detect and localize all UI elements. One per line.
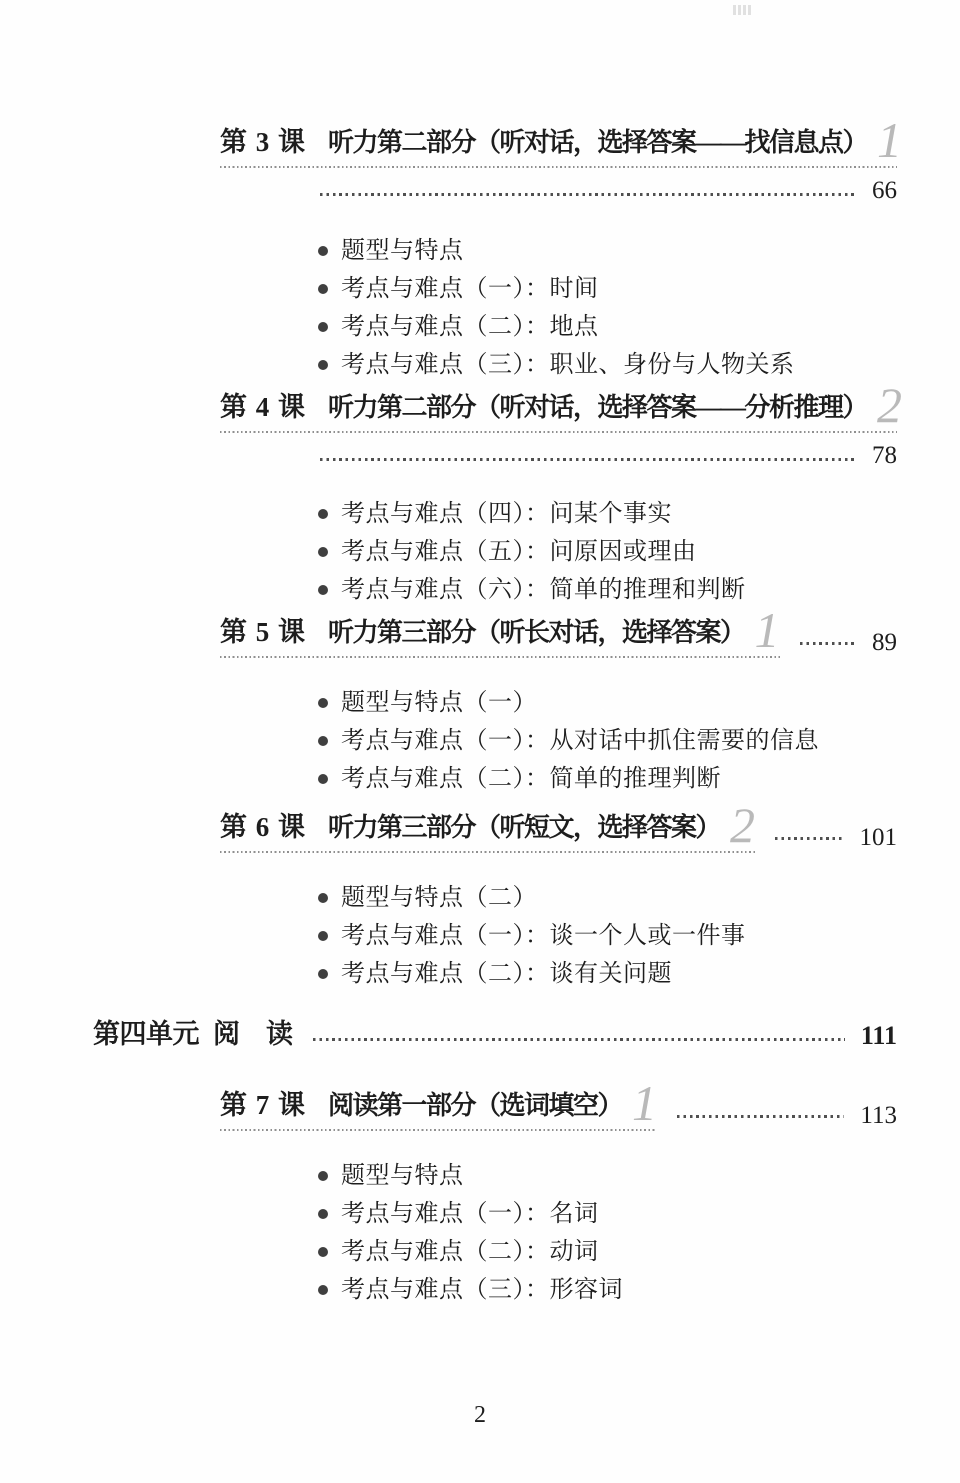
bullet-dot-icon xyxy=(318,1247,328,1257)
bullet-text: 题型与特点（二） xyxy=(341,885,537,911)
bullet-dot-icon xyxy=(318,509,328,519)
list-item: 考点与难点（三）：职业、身份与人物关系 xyxy=(318,346,897,384)
toc-entry-lesson-4: 第 4 课 听力第二部分（听对话，选择答案——分析推理） 2 78 考点与难点（… xyxy=(220,385,897,609)
bullet-list: 题型与特点（二） 考点与难点（一）：谈一个人或一件事 考点与难点（二）：谈有关问… xyxy=(318,879,897,993)
dotted-underline xyxy=(220,431,897,433)
lesson-heading-text: 第 7 课 阅读第一部分（选词填空） 1 xyxy=(220,1083,657,1131)
dotted-underline xyxy=(220,166,897,168)
list-item: 考点与难点（三）：形容词 xyxy=(318,1271,897,1309)
list-item: 考点与难点（二）：地点 xyxy=(318,308,897,346)
leader-row: 66 xyxy=(220,176,897,206)
lesson-heading: 第 3 课 听力第二部分（听对话，选择答案——找信息点） 1 xyxy=(220,120,897,168)
bullet-list: 考点与难点（四）：问某个事实 考点与难点（五）：问原因或理由 考点与难点（六）：… xyxy=(318,495,897,609)
bullet-dot-icon xyxy=(318,698,328,708)
bullet-text: 考点与难点（二）：动词 xyxy=(341,1239,599,1265)
list-item: 考点与难点（二）：谈有关问题 xyxy=(318,955,897,993)
bullet-list: 题型与特点（一） 考点与难点（一）：从对话中抓住需要的信息 考点与难点（二）：简… xyxy=(318,684,897,798)
bullet-text: 考点与难点（一）：从对话中抓住需要的信息 xyxy=(341,728,819,754)
list-item: 题型与特点（二） xyxy=(318,879,897,917)
list-item: 题型与特点（一） xyxy=(318,684,897,722)
bullet-text: 考点与难点（一）：名词 xyxy=(341,1201,599,1227)
lesson-label: 第 3 课 xyxy=(220,127,306,157)
page-number: 89 xyxy=(872,628,897,658)
dotted-underline xyxy=(220,1129,657,1131)
dot-leader xyxy=(800,642,856,645)
bullet-dot-icon xyxy=(318,360,328,370)
page-number: 66 xyxy=(872,176,897,206)
toc-entry-lesson-7: 第 7 课 阅读第一部分（选词填空） 1 113 题型与特点 考点与难点（一）：… xyxy=(220,1083,897,1309)
bullet-dot-icon xyxy=(318,284,328,294)
lesson-title: 听力第三部分（听短文，选择答案） xyxy=(328,813,720,842)
bullet-list: 题型与特点 考点与难点（一）：名词 考点与难点（二）：动词 考点与难点（三）：形… xyxy=(318,1157,897,1309)
lesson-title: 听力第二部分（听对话，选择答案——找信息点） xyxy=(328,128,867,157)
bullet-dot-icon xyxy=(318,774,328,784)
list-item: 考点与难点（四）：问某个事实 xyxy=(318,495,897,533)
bullet-text: 考点与难点（六）：简单的推理和判断 xyxy=(341,577,746,603)
lesson-heading-text: 第 6 课 听力第三部分（听短文，选择答案） 2 xyxy=(220,805,755,853)
dot-leader xyxy=(320,193,856,196)
toc-entry-lesson-3: 第 3 课 听力第二部分（听对话，选择答案——找信息点） 1 66 题型与特点 … xyxy=(220,120,897,384)
list-item: 考点与难点（二）：动词 xyxy=(318,1233,897,1271)
list-item: 考点与难点（一）：名词 xyxy=(318,1195,897,1233)
bullet-dot-icon xyxy=(318,246,328,256)
lesson-label: 第 5 课 xyxy=(220,617,306,647)
list-item: 题型与特点 xyxy=(318,232,897,270)
lesson-label: 第 7 课 xyxy=(220,1090,306,1120)
lesson-label: 第 4 课 xyxy=(220,392,306,422)
bullet-text: 考点与难点（三）：职业、身份与人物关系 xyxy=(341,352,795,378)
toc-entry-unit-4: 第四单元 阅 读 111 xyxy=(93,1012,897,1051)
bullet-text: 考点与难点（二）：谈有关问题 xyxy=(341,961,672,987)
page-number: 113 xyxy=(860,1101,897,1131)
list-item: 考点与难点（一）：时间 xyxy=(318,270,897,308)
lesson-label: 第 6 课 xyxy=(220,812,306,842)
bullet-dot-icon xyxy=(318,547,328,557)
toc-page: 第 3 课 听力第二部分（听对话，选择答案——找信息点） 1 66 题型与特点 … xyxy=(0,0,960,1483)
list-item: 考点与难点（一）：从对话中抓住需要的信息 xyxy=(318,722,897,760)
bullet-text: 题型与特点 xyxy=(341,238,464,264)
list-item: 考点与难点（五）：问原因或理由 xyxy=(318,533,897,571)
unit-label: 第四单元 xyxy=(93,1012,199,1051)
bullet-dot-icon xyxy=(318,1171,328,1181)
dot-leader xyxy=(313,1038,845,1041)
list-item: 考点与难点（二）：简单的推理判断 xyxy=(318,760,897,798)
bullet-dot-icon xyxy=(318,931,328,941)
list-item: 考点与难点（六）：简单的推理和判断 xyxy=(318,571,897,609)
list-item: 题型与特点 xyxy=(318,1157,897,1195)
lesson-heading: 第 4 课 听力第二部分（听对话，选择答案——分析推理） 2 xyxy=(220,385,897,433)
lesson-title: 听力第三部分（听长对话，选择答案） xyxy=(328,618,745,647)
lesson-title: 阅读第一部分（选词填空） xyxy=(328,1091,622,1120)
bullet-text: 考点与难点（五）：问原因或理由 xyxy=(341,539,697,565)
unit-title: 阅 读 xyxy=(213,1012,293,1051)
dot-leader xyxy=(775,837,843,840)
page-number: 101 xyxy=(860,823,898,853)
bullet-text: 题型与特点 xyxy=(341,1163,464,1189)
bullet-text: 考点与难点（三）：形容词 xyxy=(341,1277,623,1303)
list-item: 考点与难点（一）：谈一个人或一件事 xyxy=(318,917,897,955)
bullet-dot-icon xyxy=(318,1209,328,1219)
bullet-dot-icon xyxy=(318,969,328,979)
toc-entry-lesson-6: 第 6 课 听力第三部分（听短文，选择答案） 2 101 题型与特点（二） 考点… xyxy=(220,805,897,993)
page-number: 111 xyxy=(861,1021,897,1051)
dot-leader xyxy=(320,458,856,461)
lesson-title: 听力第二部分（听对话，选择答案——分析推理） xyxy=(328,393,867,422)
bullet-dot-icon xyxy=(318,893,328,903)
bullet-text: 考点与难点（一）：时间 xyxy=(341,276,599,302)
scan-artifact-mark xyxy=(733,5,751,15)
lesson-heading: 第 7 课 阅读第一部分（选词填空） 1 113 xyxy=(220,1083,897,1131)
page-number: 78 xyxy=(872,441,897,471)
leader-row: 78 xyxy=(220,441,897,471)
bullet-text: 考点与难点（四）：问某个事实 xyxy=(341,501,672,527)
bullet-dot-icon xyxy=(318,1285,328,1295)
bullet-text: 题型与特点（一） xyxy=(341,690,537,716)
bullet-text: 考点与难点（一）：谈一个人或一件事 xyxy=(341,923,746,949)
bullet-list: 题型与特点 考点与难点（一）：时间 考点与难点（二）：地点 考点与难点（三）：职… xyxy=(318,232,897,384)
bullet-text: 考点与难点（二）：简单的推理判断 xyxy=(341,766,721,792)
lesson-heading: 第 5 课 听力第三部分（听长对话，选择答案） 1 89 xyxy=(220,610,897,658)
bullet-dot-icon xyxy=(318,585,328,595)
bullet-dot-icon xyxy=(318,736,328,746)
bullet-dot-icon xyxy=(318,322,328,332)
toc-entry-lesson-5: 第 5 课 听力第三部分（听长对话，选择答案） 1 89 题型与特点（一） 考点… xyxy=(220,610,897,798)
dot-leader xyxy=(677,1115,844,1118)
dotted-underline xyxy=(220,851,755,853)
lesson-heading: 第 6 课 听力第三部分（听短文，选择答案） 2 101 xyxy=(220,805,897,853)
dotted-underline xyxy=(220,656,780,658)
lesson-heading-text: 第 5 课 听力第三部分（听长对话，选择答案） 1 xyxy=(220,610,780,658)
footer-page-number: 2 xyxy=(0,1402,960,1429)
unit-heading: 第四单元 阅 读 111 xyxy=(93,1012,897,1051)
bullet-text: 考点与难点（二）：地点 xyxy=(341,314,599,340)
